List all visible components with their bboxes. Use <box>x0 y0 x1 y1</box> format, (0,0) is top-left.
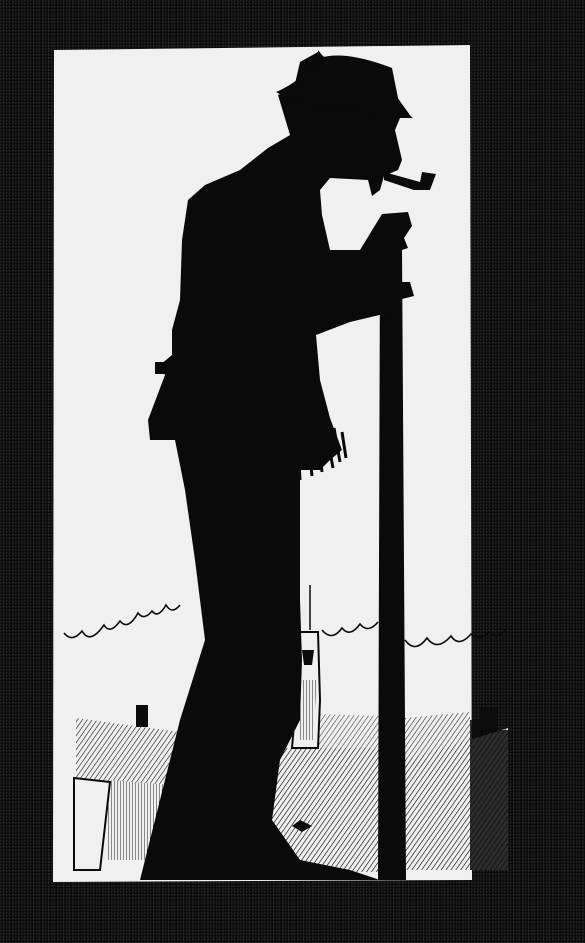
walking-staff <box>378 248 406 880</box>
illustration <box>0 0 585 943</box>
chimney <box>136 705 148 727</box>
pocket-flap <box>155 362 169 374</box>
stepped-gable <box>470 708 508 870</box>
